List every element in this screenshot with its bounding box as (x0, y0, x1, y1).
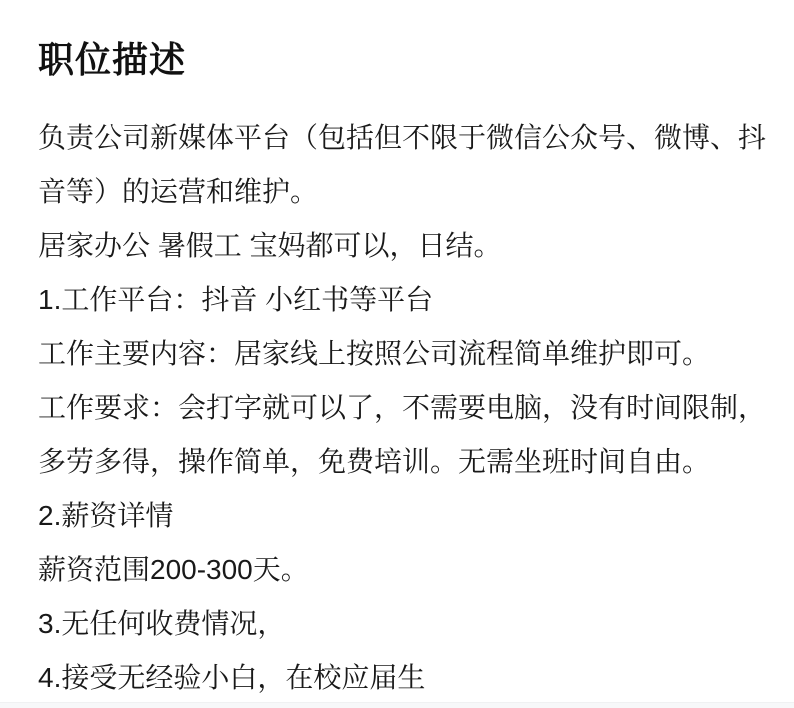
job-description-line: 2.薪资详情 (38, 489, 770, 543)
job-description-line: 负责公司新媒体平台（包括但不限于微信公众号、微博、抖 (38, 111, 770, 165)
job-description-line: 工作主要内容：居家线上按照公司流程简单维护即可。 (38, 327, 770, 381)
job-description-line: 1.工作平台：抖音 小红书等平台 (38, 273, 770, 327)
bottom-section-divider (0, 702, 794, 708)
job-description-line: 居家办公 暑假工 宝妈都可以，日结。 (38, 219, 770, 273)
job-description-line: 音等）的运营和维护。 (38, 165, 770, 219)
job-description-line: 3.无任何收费情况， (38, 597, 770, 651)
section-title: 职位描述 (0, 0, 794, 82)
job-description-line: 多劳多得，操作简单，免费培训。无需坐班时间自由。 (38, 435, 770, 489)
job-description-page: 职位描述 负责公司新媒体平台（包括但不限于微信公众号、微博、抖 音等）的运营和维… (0, 0, 794, 708)
job-description-text: 负责公司新媒体平台（包括但不限于微信公众号、微博、抖 音等）的运营和维护。 居家… (0, 82, 794, 705)
job-description-line: 薪资范围200-300天。 (38, 543, 770, 597)
job-description-line: 4.接受无经验小白，在校应届生 (38, 651, 770, 705)
job-description-line: 工作要求：会打字就可以了，不需要电脑，没有时间限制， (38, 381, 770, 435)
